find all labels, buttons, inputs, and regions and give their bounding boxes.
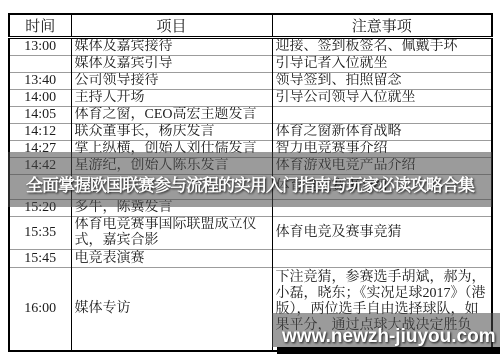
note-cell: 体育电竞及赛事竞猜 (272, 217, 492, 250)
watermark-underline-bar (277, 347, 500, 354)
note-cell: 领导签到、拍照留念 (272, 73, 492, 90)
table-row: 14:05 体育之窗，CEO高宏主题发言 (9, 107, 492, 124)
note-cell (272, 107, 492, 124)
table-row: 13:00 媒体及嘉宾接待 迎接、签到板签名、佩戴手环 (9, 38, 492, 56)
item-cell: 媒体及嘉宾引导 (71, 56, 272, 73)
header-row: 时间 项目 注意事项 (9, 14, 492, 38)
time-cell: 13:40 (9, 73, 71, 90)
item-cell: 联众董事长，杨庆发言 (71, 124, 272, 141)
note-cell: 体育之窗新体育战略 (272, 124, 492, 141)
header-time: 时间 (9, 14, 71, 38)
time-cell: 14:05 (9, 107, 71, 124)
time-cell: 16:00 (9, 268, 71, 351)
time-cell (9, 56, 71, 73)
table-row: 14:00 主持人开场 引导公司领导入位就坐 (9, 90, 492, 107)
time-cell: 13:00 (9, 38, 71, 56)
table-row: 媒体及嘉宾引导 引导记者入位就坐 (9, 56, 492, 73)
item-cell: 主持人开场 (71, 90, 272, 107)
item-cell: 公司领导接待 (71, 73, 272, 90)
header-item: 项目 (71, 14, 272, 38)
time-cell: 15:45 (9, 250, 71, 268)
time-cell: 15:35 (9, 217, 71, 250)
item-cell: 体育之窗，CEO高宏主题发言 (71, 107, 272, 124)
item-cell: 体育电竞赛事国际联盟成立仪式，嘉宾合影 (71, 217, 272, 250)
table-row: 13:40 公司领导接待 领导签到、拍照留念 (9, 73, 492, 90)
table-row: 15:35 体育电竞赛事国际联盟成立仪式，嘉宾合影 体育电竞及赛事竞猜 (9, 217, 492, 250)
note-cell: 迎接、签到板签名、佩戴手环 (272, 38, 492, 56)
header-notes: 注意事项 (272, 14, 492, 38)
note-cell: 引导记者入位就坐 (272, 56, 492, 73)
watermark-url-text: www.newzh-jiuyou.com (282, 326, 496, 348)
promo-banner-overlay: 全面掌握欧国联赛参与流程的实用入门指南与玩家必读攻略合集 (8, 152, 492, 207)
item-cell: 媒体及嘉宾接待 (71, 38, 272, 56)
time-cell: 14:00 (9, 90, 71, 107)
time-cell: 14:12 (9, 124, 71, 141)
item-cell: 媒体专访 (71, 268, 272, 351)
promo-banner-text: 全面掌握欧国联赛参与流程的实用入门指南与玩家必读攻略合集 (26, 163, 474, 196)
item-cell: 电竞表演赛 (71, 250, 272, 268)
note-cell: 引导公司领导入位就坐 (272, 90, 492, 107)
screenshot-stage: 时间 项目 注意事项 13:00 媒体及嘉宾接待 迎接、签到板签名、佩戴手环 媒… (0, 0, 500, 362)
table-row: 14:12 联众董事长，杨庆发言 体育之窗新体育战略 (9, 124, 492, 141)
table-row: 15:45 电竞表演赛 (9, 250, 492, 268)
note-cell (272, 250, 492, 268)
